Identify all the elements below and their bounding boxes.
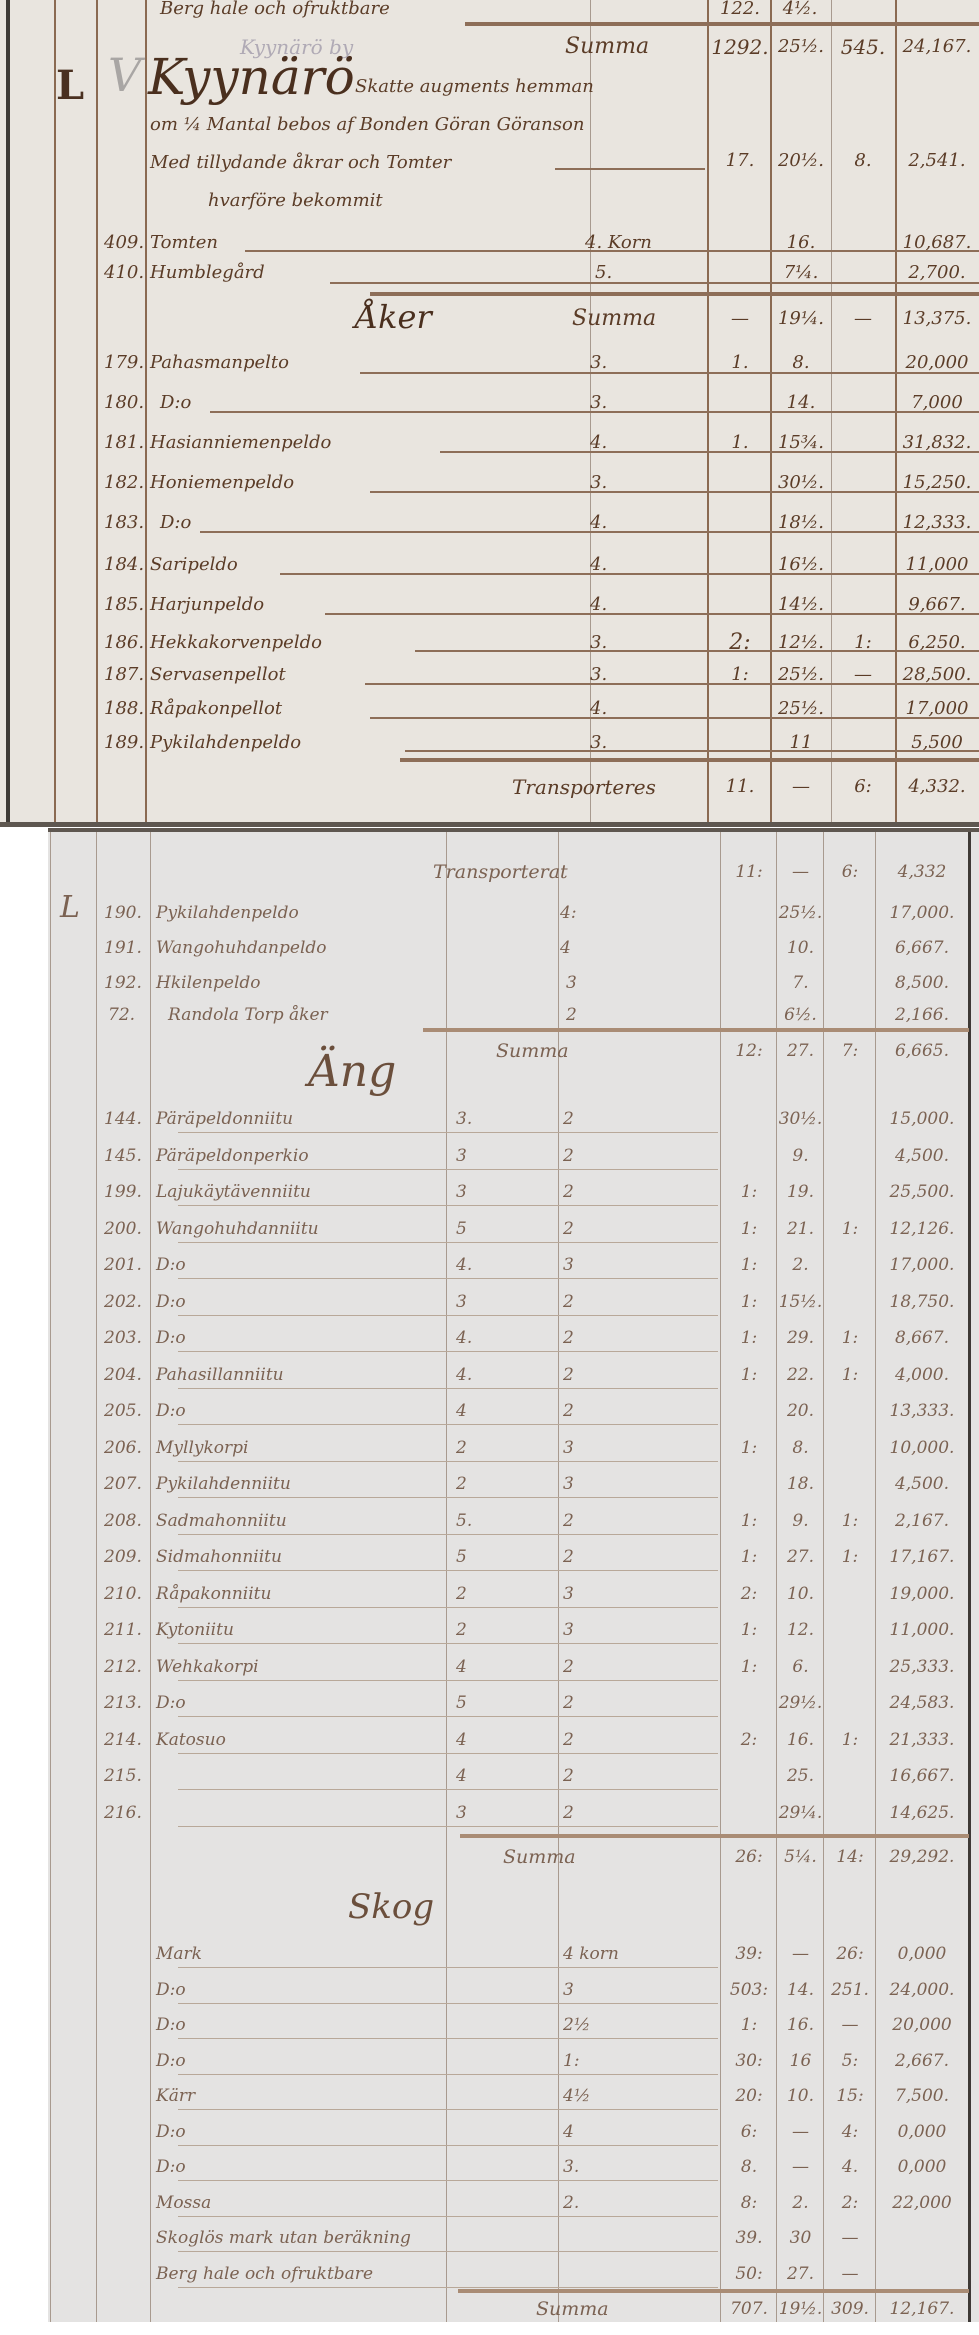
fill-rule <box>178 1424 718 1425</box>
value-col-d: 5,500 <box>897 728 977 758</box>
value-col-c: 8. <box>832 146 894 176</box>
fill-rule <box>178 1388 718 1389</box>
parcel-class: 2 <box>566 1000 577 1030</box>
parcel-class-a: 3 <box>456 1141 467 1171</box>
parcel-class-a: 4 <box>456 1652 467 1682</box>
transport-in-row: Transporterat 11: — 6: 4,332 <box>48 857 979 887</box>
value-col-d: 7,000 <box>897 388 977 418</box>
table-row: 200.Wangohuhdanniitu521:21.1:12,126. <box>48 1214 979 1244</box>
parcel-class-a: 4. <box>456 1250 472 1280</box>
fill-rule <box>405 750 979 752</box>
table-row: 192. Hkilenpeldo 3 7. 8,500. <box>48 968 979 998</box>
table-row: 209.Sidmahonniitu521:27.1:17,167. <box>48 1542 979 1572</box>
value-col-a: 1: <box>722 1177 776 1207</box>
fill-rule <box>178 2038 718 2039</box>
summa-label: Summa <box>503 1842 576 1872</box>
value-col-b: 16½. <box>772 550 830 580</box>
section-heading-skog: Skog <box>348 1887 434 1927</box>
fill-rule <box>178 2180 718 2181</box>
value-col-a: 50: <box>722 2259 776 2289</box>
fill-rule <box>178 2216 718 2217</box>
value-col-d: 4,500. <box>877 1469 967 1499</box>
parcel-name: Humblegård <box>150 258 265 288</box>
table-row: 72. Randola Torp åker 2 6½. 2,166. <box>48 1000 979 1030</box>
value-col-b: 7. <box>778 968 823 998</box>
parcel-number: 187. <box>104 660 144 690</box>
parcel-number: 215. <box>104 1761 142 1791</box>
parcel-class: 4 <box>563 2117 574 2147</box>
parcel-class-a: 2 <box>456 1615 467 1645</box>
ledger-page-bottom: Transporterat 11: — 6: 4,332 L 190. Pyki… <box>48 828 979 2322</box>
value-col-a: 17. <box>710 146 770 176</box>
table-row: 211.Kytoniitu231:12.11,000. <box>48 1615 979 1645</box>
value-col-b: 18. <box>778 1469 823 1499</box>
sum-rule <box>423 1028 969 1032</box>
parcel-name: Katosuo <box>156 1725 226 1755</box>
parcel-number: 204. <box>104 1360 142 1390</box>
value-col-c: 14: <box>825 1842 875 1872</box>
parcel-class-a: 4 <box>456 1761 467 1791</box>
value-col-d: 2,667. <box>877 2046 967 2076</box>
parcel-number: 205. <box>104 1396 142 1426</box>
parcel-class: 4. <box>590 550 607 580</box>
value-col-a: 6: <box>722 2117 776 2147</box>
parcel-name: Hkilenpeldo <box>156 968 261 998</box>
value-col-b: 8. <box>778 1433 823 1463</box>
parcel-name: Servasenpellot <box>150 660 286 690</box>
value-col-a: 1: <box>722 1250 776 1280</box>
value-col-a: 1292. <box>710 32 770 62</box>
parcel-class: 3. <box>590 728 607 758</box>
value-col-b: 14. <box>778 1975 823 2005</box>
parcel-class-a: 4. <box>456 1323 472 1353</box>
value-col-a: 1. <box>712 428 768 458</box>
parcel-name: Pykilahdenniitu <box>156 1469 291 1499</box>
value-col-d: 18,750. <box>877 1287 967 1317</box>
parcel-class-b: 3 <box>563 1250 574 1280</box>
value-col-b: 15½. <box>778 1287 823 1317</box>
table-row: D:o3.8.—4.0,000 <box>48 2152 979 2182</box>
parcel-class: 4. <box>590 428 607 458</box>
sum-rule <box>370 292 979 296</box>
table-row: D:o3503:14.251.24,000. <box>48 1975 979 2005</box>
value-col-b: 11 <box>772 728 830 758</box>
parcel-number: 200. <box>104 1214 142 1244</box>
parcel-name: Saripeldo <box>150 550 238 580</box>
value-col-d: 6,665. <box>877 1036 967 1066</box>
value-col-d: 21,333. <box>877 1725 967 1755</box>
parcel-class: 4. <box>590 590 607 620</box>
fill-rule <box>178 1643 718 1644</box>
value-col-d: 8,667. <box>877 1323 967 1353</box>
parcel-name: Kärr <box>156 2081 195 2111</box>
fill-rule <box>178 1607 718 1608</box>
value-col-d: 4,500. <box>877 1141 967 1171</box>
parcel-class-a: 3 <box>456 1177 467 1207</box>
parcel-name: D:o <box>156 1688 186 1718</box>
table-row: 181. Hasianniemenpeldo 4. 1. 15¾. 31,832… <box>0 428 979 458</box>
table-row: D:o46:—4:0,000 <box>48 2117 979 2147</box>
value-col-d: 9,667. <box>897 590 977 620</box>
description-line: Skatte augments hemman <box>355 72 594 102</box>
fill-rule <box>178 1132 718 1133</box>
value-col-b: — <box>778 1939 823 1969</box>
value-col-b: 27. <box>778 1542 823 1572</box>
parcel-name: D:o <box>156 2010 186 2040</box>
table-row: 208.Sadmahonniitu5.21:9.1:2,167. <box>48 1506 979 1536</box>
parcel-name: Päräpeldonniitu <box>156 1104 293 1134</box>
parcel-name: D:o <box>156 2117 186 2147</box>
parcel-name: D:o <box>156 1975 186 2005</box>
table-row: 205.D:o4220.13,333. <box>48 1396 979 1426</box>
value-col-b: 19½. <box>778 2294 823 2322</box>
fill-rule <box>178 1716 718 1717</box>
value-col-b: 25½. <box>772 32 830 62</box>
value-col-b: 16. <box>772 228 830 258</box>
parcel-name: Wangohuhdanpeldo <box>156 933 327 963</box>
parcel-name: Pykilahdenpeldo <box>156 898 299 928</box>
value-col-b: 16. <box>778 1725 823 1755</box>
value-col-d: 8,500. <box>877 968 967 998</box>
value-col-b: 15¾. <box>772 428 830 458</box>
parcel-name: D:o <box>160 388 191 418</box>
value-col-c: — <box>825 2010 875 2040</box>
value-col-d: 17,000. <box>877 898 967 928</box>
parcel-class-b: 2 <box>563 1396 574 1426</box>
parcel-class: 2½ <box>563 2010 590 2040</box>
table-row: 191. Wangohuhdanpeldo 4 10. 6,667. <box>48 933 979 963</box>
parcel-number: 213. <box>104 1688 142 1718</box>
value-col-c: 309. <box>825 2294 875 2322</box>
transport-label: Transporteres <box>512 772 656 802</box>
parcel-class-b: 3 <box>563 1469 574 1499</box>
table-row: 188. Råpakonpellot 4. 25½. 17,000 <box>0 694 979 724</box>
fill-rule <box>178 2074 718 2075</box>
parcel-class-a: 4 <box>456 1725 467 1755</box>
parcel-class-a: 4. <box>456 1360 472 1390</box>
value-col-a: 20: <box>722 2081 776 2111</box>
value-col-d: 10,000. <box>877 1433 967 1463</box>
parcel-class: 2. <box>563 2188 579 2218</box>
fill-rule <box>178 1753 718 1754</box>
parcel-number: 214. <box>104 1725 142 1755</box>
value-col-d: 10,687. <box>897 228 977 258</box>
value-col-b: — <box>778 2152 823 2182</box>
fill-rule <box>555 168 705 170</box>
parcel-number: 186. <box>104 628 144 658</box>
parcel-number: 185. <box>104 590 144 620</box>
table-row: 214.Katosuo422:16.1:21,333. <box>48 1725 979 1755</box>
value-col-d: 25,500. <box>877 1177 967 1207</box>
fill-rule <box>178 1461 718 1462</box>
value-col-b: 10. <box>778 933 823 963</box>
parcel-name: Skoglös mark utan beräkning <box>156 2223 411 2253</box>
value-col-a: 39. <box>722 2223 776 2253</box>
fill-rule <box>178 1826 718 1827</box>
fill-rule <box>178 2287 718 2288</box>
parcel-class: 1: <box>563 2046 580 2076</box>
value-col-d: 31,832. <box>897 428 977 458</box>
value-col-a: 1: <box>722 1287 776 1317</box>
table-row: Berg hale och ofruktbare50:27.— <box>48 2259 979 2289</box>
value-col-d: 0,000 <box>877 2117 967 2147</box>
fill-rule <box>440 451 979 453</box>
sum-rule <box>458 2289 969 2293</box>
value-col-d: 14,625. <box>877 1798 967 1828</box>
parcel-number: 144. <box>104 1104 142 1134</box>
fill-rule <box>178 2251 718 2252</box>
table-row: 180. D:o 3. 14. 7,000 <box>0 388 979 418</box>
parcel-name: Honiemenpeldo <box>150 468 294 498</box>
parcel-class-b: 2 <box>563 1141 574 1171</box>
summa-label: Summa <box>572 304 656 334</box>
parcel-number: 206. <box>104 1433 142 1463</box>
parcel-class-b: 2 <box>563 1725 574 1755</box>
ledger-page-top: Berg hale och ofruktbare 122. 4½. Kyynär… <box>0 0 979 827</box>
parcel-name: Mossa <box>156 2188 211 2218</box>
table-row: Skoglös mark utan beräkning39.30— <box>48 2223 979 2253</box>
value-col-b: — <box>778 857 823 887</box>
value-col-a: 1: <box>722 1323 776 1353</box>
parcel-name: Hasianniemenpeldo <box>150 428 331 458</box>
parcel-number: 409. <box>104 228 144 258</box>
fill-rule <box>178 2145 718 2146</box>
value-col-b: 12½. <box>772 628 830 658</box>
section-heading-ang: Äng <box>308 1046 396 1097</box>
parcel-class-b: 2 <box>563 1360 574 1390</box>
value-col-b: 19. <box>778 1177 823 1207</box>
table-row: 204.Pahasillanniitu4.21:22.1:4,000. <box>48 1360 979 1390</box>
value-col-a: — <box>712 304 768 334</box>
table-row: 207.Pykilahdenniitu2318.4,500. <box>48 1469 979 1499</box>
parcel-name: D:o <box>156 2152 186 2182</box>
fill-rule <box>178 1570 718 1571</box>
value-col-b: 16. <box>778 2010 823 2040</box>
summa-label: Summa <box>565 32 649 62</box>
value-col-a: 1: <box>722 1214 776 1244</box>
parcel-class-b: 2 <box>563 1323 574 1353</box>
value-col-d: 6,667. <box>877 933 967 963</box>
value-col-b: 10. <box>778 1579 823 1609</box>
parcel-class: 4½ <box>563 2081 590 2111</box>
parcel-number: 184. <box>104 550 144 580</box>
table-row: 144.Päräpeldonniitu3.230½.15,000. <box>48 1104 979 1134</box>
fill-rule <box>178 1789 718 1790</box>
value-col-b: 10. <box>778 2081 823 2111</box>
value-col-a: 2: <box>722 1579 776 1609</box>
parcel-name: Råpakonpellot <box>150 694 282 724</box>
parcel-class-a: 2 <box>456 1469 467 1499</box>
value-col-a: 1: <box>722 1652 776 1682</box>
parcel-number: 192. <box>104 968 142 998</box>
value-col-b: 29. <box>778 1323 823 1353</box>
fill-rule <box>280 573 979 575</box>
sum-rule <box>400 758 979 762</box>
value-col-b: 9. <box>778 1141 823 1171</box>
value-col-c: 1: <box>832 628 894 658</box>
value-col-b: — <box>778 2117 823 2147</box>
parcel-number: 191. <box>104 933 142 963</box>
parcel-class-b: 2 <box>563 1104 574 1134</box>
sum-rule <box>465 22 979 26</box>
value-col-b: — <box>772 772 830 802</box>
parcel-number: 212. <box>104 1652 142 1682</box>
fill-rule <box>370 717 979 719</box>
value-col-c: — <box>825 2259 875 2289</box>
value-col-b: 14½. <box>772 590 830 620</box>
value-col-a: 1: <box>712 660 768 690</box>
parcel-number: 189. <box>104 728 144 758</box>
table-row: 201.D:o4.31:2.17,000. <box>48 1250 979 1280</box>
parcel-number: 203. <box>104 1323 142 1353</box>
value-col-c: 6: <box>825 857 875 887</box>
parcel-class: 4. Korn <box>585 228 652 258</box>
value-col-a: 2: <box>722 1725 776 1755</box>
value-col-d: 25,333. <box>877 1652 967 1682</box>
fill-rule <box>365 683 979 685</box>
parcel-class: 4: <box>560 898 577 928</box>
fill-rule <box>178 2003 718 2004</box>
value-col-a: 1: <box>722 1360 776 1390</box>
parcel-number: 207. <box>104 1469 142 1499</box>
parcel-number: 210. <box>104 1579 142 1609</box>
parcel-class-a: 5. <box>456 1506 472 1536</box>
fill-rule <box>245 250 979 252</box>
value-col-a: 39: <box>722 1939 776 1969</box>
value-col-c: 1: <box>825 1542 875 1572</box>
parcel-name: Sidmahonniitu <box>156 1542 282 1572</box>
value-col-b: 4½. <box>772 0 828 24</box>
value-col-d: 17,000. <box>877 1250 967 1280</box>
fill-rule <box>178 1497 718 1498</box>
total-sum-row: Summa 707. 19½. 309. 12,167. <box>48 2294 979 2322</box>
parcel-class: 3 <box>566 968 577 998</box>
parcel-number: 179. <box>104 348 144 378</box>
table-row: 210.Råpakonniitu232:10.19,000. <box>48 1579 979 1609</box>
table-row: 184. Saripeldo 4. 16½. 11,000 <box>0 550 979 580</box>
value-col-a: 1: <box>722 1506 776 1536</box>
fill-rule <box>178 1278 718 1279</box>
parcel-name: D:o <box>160 508 191 538</box>
fill-rule <box>178 1169 718 1170</box>
value-col-b: 18½. <box>772 508 830 538</box>
table-row: 202.D:o321:15½.18,750. <box>48 1287 979 1317</box>
value-col-a: 11: <box>722 857 776 887</box>
summa-label: Summa <box>536 2294 609 2322</box>
parcel-name: Kytoniitu <box>156 1615 234 1645</box>
table-row: 186. Hekkakorvenpeldo 3. 2: 12½. 1: 6,25… <box>0 628 979 658</box>
parcel-name: Sadmahonniitu <box>156 1506 287 1536</box>
parcel-name: Lajukäytävenniitu <box>156 1177 311 1207</box>
value-col-c: 7: <box>825 1036 875 1066</box>
value-col-c: — <box>825 2223 875 2253</box>
fill-rule <box>178 1242 718 1243</box>
parcel-class-b: 2 <box>563 1688 574 1718</box>
value-col-c: 5: <box>825 2046 875 2076</box>
parcel-class-b: 3 <box>563 1579 574 1609</box>
value-col-b: 2. <box>778 2188 823 2218</box>
parcel-class-a: 3. <box>456 1104 472 1134</box>
value-col-d: 24,000. <box>877 1975 967 2005</box>
parcel-name: Mark <box>156 1939 202 1969</box>
value-col-a: 12: <box>722 1036 776 1066</box>
fill-rule <box>370 491 979 493</box>
value-col-b: 12. <box>778 1615 823 1645</box>
parcel-class: 3. <box>563 2152 579 2182</box>
value-col-b: 9. <box>778 1506 823 1536</box>
value-col-b: 20½. <box>772 146 830 176</box>
value-col-d: 2,166. <box>877 1000 967 1030</box>
table-row: 203.D:o4.21:29.1:8,667. <box>48 1323 979 1353</box>
value-col-d: 6,250. <box>897 628 977 658</box>
ang-sum-row: Summa 26: 5¼. 14: 29,292. <box>48 1842 979 1872</box>
parcel-class-b: 2 <box>563 1214 574 1244</box>
parcel-class: 4 <box>560 933 571 963</box>
parcel-class-b: 2 <box>563 1542 574 1572</box>
parcel-number: 208. <box>104 1506 142 1536</box>
value-col-a: 1: <box>722 1433 776 1463</box>
table-row: Kärr4½20:10.15:7,500. <box>48 2081 979 2111</box>
value-col-b: 25½. <box>772 694 830 724</box>
value-col-b: 14. <box>772 388 830 418</box>
parcel-class-a: 5 <box>456 1542 467 1572</box>
value-col-b: 22. <box>778 1360 823 1390</box>
parcel-name: Wehkakorpi <box>156 1652 259 1682</box>
value-col-d: 0,000 <box>877 2152 967 2182</box>
fill-rule <box>360 372 979 374</box>
parcel-class-b: 2 <box>563 1652 574 1682</box>
fill-rule <box>178 1315 718 1316</box>
value-col-a: 1: <box>722 2010 776 2040</box>
value-col-b: 25½. <box>778 898 823 928</box>
parcel-class: 4. <box>590 508 607 538</box>
fill-rule <box>325 613 979 615</box>
value-col-d: 7,500. <box>877 2081 967 2111</box>
parcel-class-b: 2 <box>563 1177 574 1207</box>
parcel-number: 182. <box>104 468 144 498</box>
parcel-class-a: 5 <box>456 1688 467 1718</box>
parcel-number: 181. <box>104 428 144 458</box>
table-row: 185. Harjunpeldo 4. 14½. 9,667. <box>0 590 979 620</box>
parcel-class-b: 2 <box>563 1761 574 1791</box>
parcel-name: D:o <box>156 1396 186 1426</box>
parcel-name: Råpakonniitu <box>156 1579 271 1609</box>
value-col-b: 29½. <box>778 1688 823 1718</box>
table-row: 145.Päräpeldonperkio329.4,500. <box>48 1141 979 1171</box>
parcel-class-a: 2 <box>456 1579 467 1609</box>
village-name: Kyynärö <box>148 48 355 106</box>
value-col-c: 26: <box>825 1939 875 1969</box>
value-col-b: 30 <box>778 2223 823 2253</box>
value-col-a: 2: <box>712 628 768 658</box>
parcel-class-b: 2 <box>563 1506 574 1536</box>
table-row: D:o1:30:165:2,667. <box>48 2046 979 2076</box>
value-col-b: 25½. <box>772 660 830 690</box>
fill-rule <box>178 1205 718 1206</box>
value-col-c: 251. <box>825 1975 875 2005</box>
sum-rule <box>460 1834 969 1838</box>
row-name: Berg hale och ofruktbare <box>160 0 390 24</box>
value-col-c: 1: <box>825 1506 875 1536</box>
value-col-a: 8: <box>722 2188 776 2218</box>
pencil-check-icon: V <box>108 48 141 102</box>
value-col-d: 4,000. <box>877 1360 967 1390</box>
description-line: hvarföre bekommit <box>208 186 383 216</box>
description-line: om ¼ Mantal bebos af Bonden Göran Görans… <box>150 110 584 140</box>
value-col-b: 16 <box>778 2046 823 2076</box>
parcel-number: 202. <box>104 1287 142 1317</box>
table-row: 189. Pykilahdenpeldo 3. 11 5,500 <box>0 728 979 758</box>
